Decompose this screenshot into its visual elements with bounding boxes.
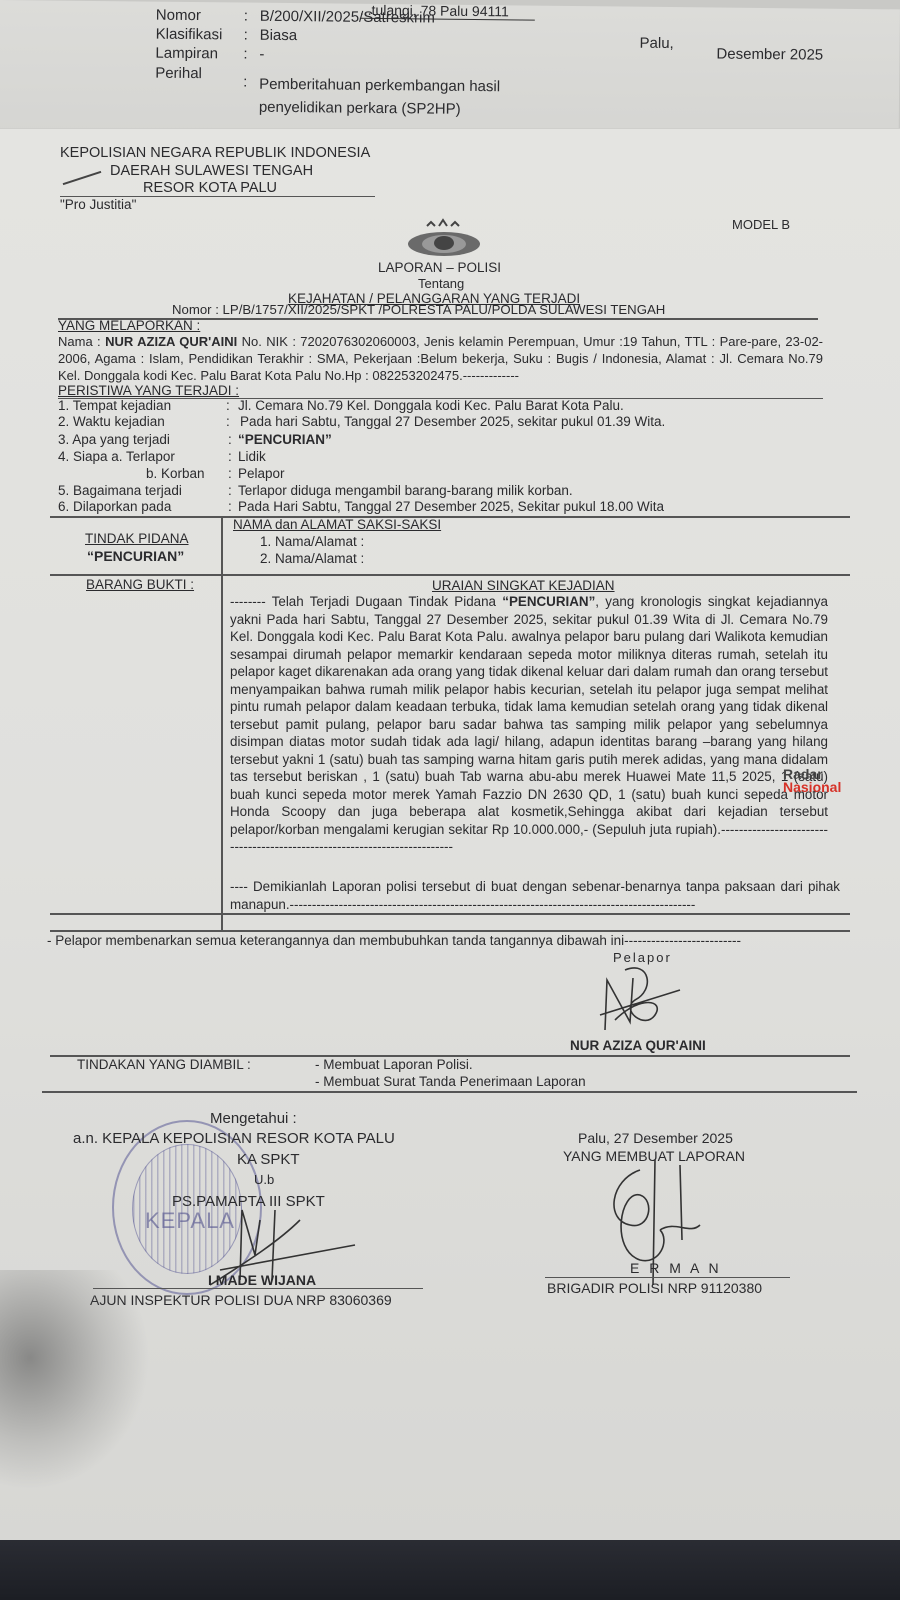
- action-item: - Membuat Surat Tanda Penerimaan Laporan: [315, 1074, 586, 1089]
- report-title: LAPORAN – POLISI: [378, 260, 501, 275]
- underlying-letter: ...tulangi, 78 Palu 94111 Nomor:B/200/XI…: [0, 0, 900, 144]
- org-line-1: KEPOLISIAN NEGARA REPUBLIK INDONESIA: [60, 145, 370, 161]
- witness-item: 2. Nama/Alamat :: [260, 551, 364, 566]
- incident-item: 4. Siapa a. Terlapor:Lidik: [58, 449, 266, 464]
- rule-table-mid: [50, 574, 850, 576]
- pro-justitia: "Pro Justitia": [60, 197, 136, 213]
- summary-title: URAIAN SINGKAT KEJADIAN: [432, 578, 615, 593]
- org-line-2: DAERAH SULAWESI TENGAH: [110, 163, 313, 179]
- hand-shadow: [0, 1270, 150, 1490]
- org-line-3: RESOR KOTA PALU: [143, 180, 277, 196]
- confirmation-text: - Pelapor membenarkan semua keteranganny…: [47, 933, 857, 948]
- acknowledger-name: I MADE WIJANA: [208, 1272, 316, 1288]
- crime-value: “PENCURIAN”: [87, 548, 184, 564]
- incident-section-title: PERISTIWA YANG TERJADI :: [58, 383, 239, 398]
- reporter-signature: [595, 960, 685, 1040]
- acknowledged-line3: U.b: [254, 1172, 274, 1187]
- letter-field-lampiran: Lampiran:-: [155, 45, 264, 63]
- rule-confirmation: [50, 930, 850, 932]
- maker-rank: BRIGADIR POLISI NRP 91120380: [547, 1280, 762, 1296]
- model-label: MODEL B: [732, 217, 790, 232]
- letter-field-klasifikasi: Klasifikasi:Biasa: [156, 26, 298, 44]
- letter-field-nomor: Nomor:B/200/XII/2025/Satreskrim: [156, 7, 435, 27]
- evidence-label: BARANG BUKTI :: [86, 577, 194, 592]
- acknowledged-line2: KA SPKT: [237, 1151, 300, 1168]
- reporter-sign-name: NUR AZIZA QUR'AINI: [570, 1038, 706, 1053]
- report-tentang: Tentang: [418, 276, 464, 291]
- rule-actions-bottom: [42, 1091, 857, 1093]
- radar-nasional-watermark: Radar Nasional: [783, 768, 841, 794]
- incident-item: 5. Bagaimana terjadi:Terlapor diduga men…: [58, 483, 573, 498]
- table-divider: [221, 516, 223, 930]
- incident-item: 6. Dilaporkan pada:Pada Hari Sabtu, Tang…: [58, 499, 664, 514]
- police-emblem-icon: [405, 218, 483, 258]
- summary-body: -------- Telah Terjadi Dugaan Tindak Pid…: [230, 593, 828, 856]
- maker-name: E R M A N: [630, 1260, 722, 1276]
- reporter-details: Nama : NUR AZIZA QUR'AINI No. NIK : 7202…: [58, 333, 823, 384]
- crime-label: TINDAK PIDANA: [85, 531, 189, 546]
- incident-item: 2. Waktu kejadian:Pada hari Sabtu, Tangg…: [58, 414, 665, 429]
- incident-item: 3. Apa yang terjadi:“PENCURIAN”: [58, 432, 332, 447]
- background-surface: [0, 1540, 900, 1600]
- reporter-name: NUR AZIZA QUR'AINI: [105, 334, 237, 349]
- summary-closing: ---- Demikianlah Laporan polisi tersebut…: [230, 878, 840, 913]
- acknowledged-line1: a.n. KEPALA KEPOLISIAN RESOR KOTA PALU: [73, 1130, 395, 1147]
- incident-item: b. Korban:Pelapor: [58, 466, 285, 481]
- maker-line: [545, 1277, 790, 1278]
- action-item: - Membuat Laporan Polisi.: [315, 1057, 473, 1072]
- maker-place-date: Palu, 27 Desember 2025: [578, 1130, 733, 1146]
- rule-table-bottom: [50, 913, 850, 915]
- incident-item: 1. Tempat kejadian:Jl. Cemara No.79 Kel.…: [58, 398, 624, 413]
- witness-item: 1. Nama/Alamat :: [260, 534, 364, 549]
- acknowledged-title: Mengetahui :: [210, 1110, 297, 1127]
- rule-table-top: [50, 516, 850, 518]
- letter-place: Palu,: [639, 35, 673, 52]
- letter-date: Desember 2025: [716, 46, 823, 64]
- letter-perihal-line2: penyelidikan perkara (SP2HP): [259, 99, 461, 118]
- witness-title: NAMA dan ALAMAT SAKSI-SAKSI: [233, 517, 441, 532]
- report-number: Nomor : LP/B/1757/XII/2025/SPKT /POLREST…: [172, 302, 665, 317]
- actions-label: TINDAKAN YANG DIAMBIL :: [77, 1057, 251, 1072]
- reporter-section-title: YANG MELAPORKAN :: [58, 318, 200, 333]
- letter-field-perihal: Perihal:Pemberitahuan perkembangan hasil: [155, 65, 500, 96]
